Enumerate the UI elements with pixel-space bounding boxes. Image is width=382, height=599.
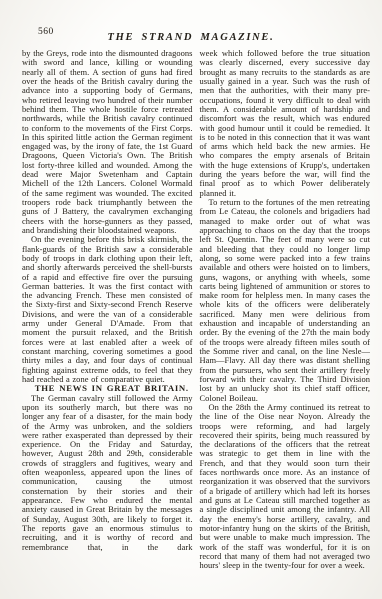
paragraph-continuation: week which followed before the true situ… <box>200 49 371 198</box>
page-number: 560 <box>38 27 54 37</box>
left-column: by the Greys, rode into the dismounted d… <box>22 49 193 571</box>
paragraph: On the 28th the Army continued its retre… <box>200 403 371 571</box>
right-column: week which followed before the true situ… <box>200 49 371 571</box>
paragraph: On the evening before this brisk skirmis… <box>22 235 193 384</box>
page-header: 560 THE STRAND MAGAZINE. <box>0 0 382 40</box>
paragraph-continuation: by the Greys, rode into the dismounted d… <box>22 49 193 235</box>
paragraph: The German cavalry still followed the Ar… <box>22 394 193 552</box>
magazine-page: 560 THE STRAND MAGAZINE. by the Greys, r… <box>0 0 382 599</box>
page-title: THE STRAND MAGAZINE. <box>108 32 275 43</box>
text-columns: by the Greys, rode into the dismounted d… <box>0 40 382 571</box>
paragraph: To return to the fortunes of the men ret… <box>200 198 371 403</box>
